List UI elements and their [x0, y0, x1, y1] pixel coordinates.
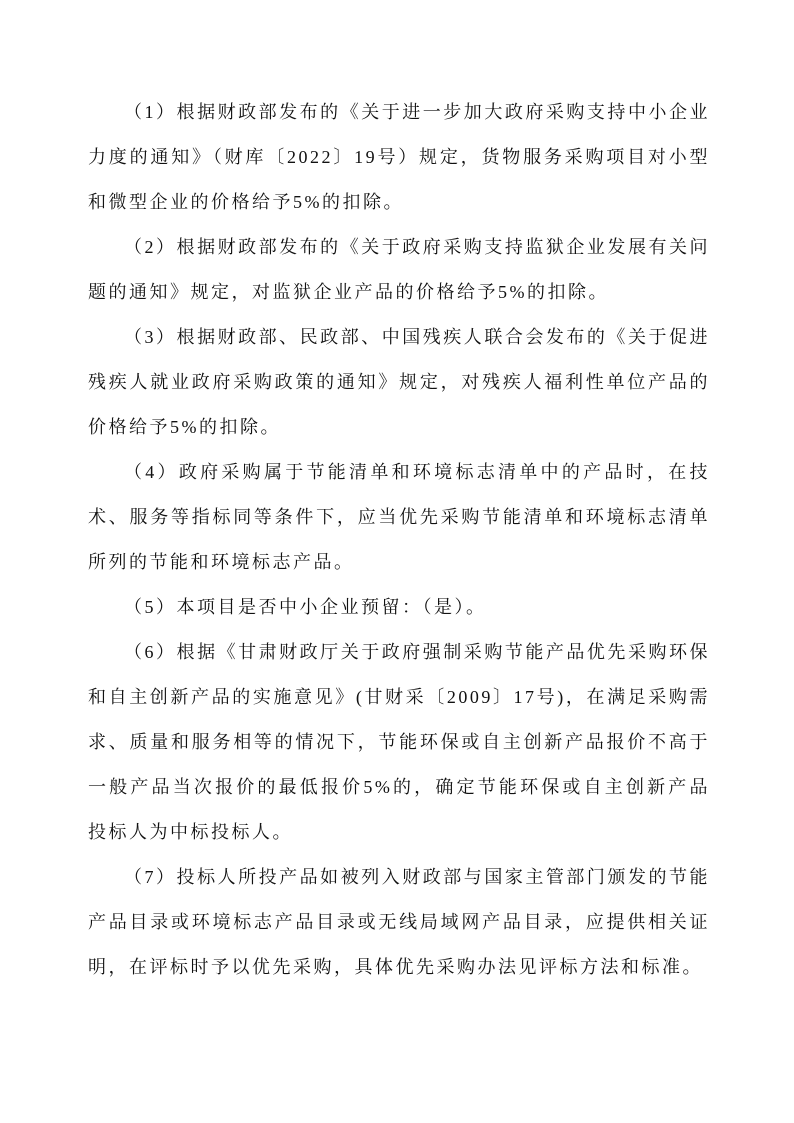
document-body: （1）根据财政部发布的《关于进一步加大政府采购支持中小企业力度的通知》（财库〔2… [88, 90, 710, 990]
paragraph-6: （6）根据《甘肃财政厅关于政府强制采购节能产品优先采购环保和自主创新产品的实施意… [88, 630, 710, 855]
paragraph-2: （2）根据财政部发布的《关于政府采购支持监狱企业发展有关问题的通知》规定，对监狱… [88, 225, 710, 315]
paragraph-3: （3）根据财政部、民政部、中国残疾人联合会发布的《关于促进残疾人就业政府采购政策… [88, 315, 710, 450]
document-page: （1）根据财政部发布的《关于进一步加大政府采购支持中小企业力度的通知》（财库〔2… [0, 0, 794, 1123]
paragraph-7: （7）投标人所投产品如被列入财政部与国家主管部门颁发的节能产品目录或环境标志产品… [88, 855, 710, 990]
paragraph-5: （5）本项目是否中小企业预留：（是）。 [88, 585, 710, 630]
paragraph-1: （1）根据财政部发布的《关于进一步加大政府采购支持中小企业力度的通知》（财库〔2… [88, 90, 710, 225]
paragraph-4: （4）政府采购属于节能清单和环境标志清单中的产品时，在技术、服务等指标同等条件下… [88, 450, 710, 585]
